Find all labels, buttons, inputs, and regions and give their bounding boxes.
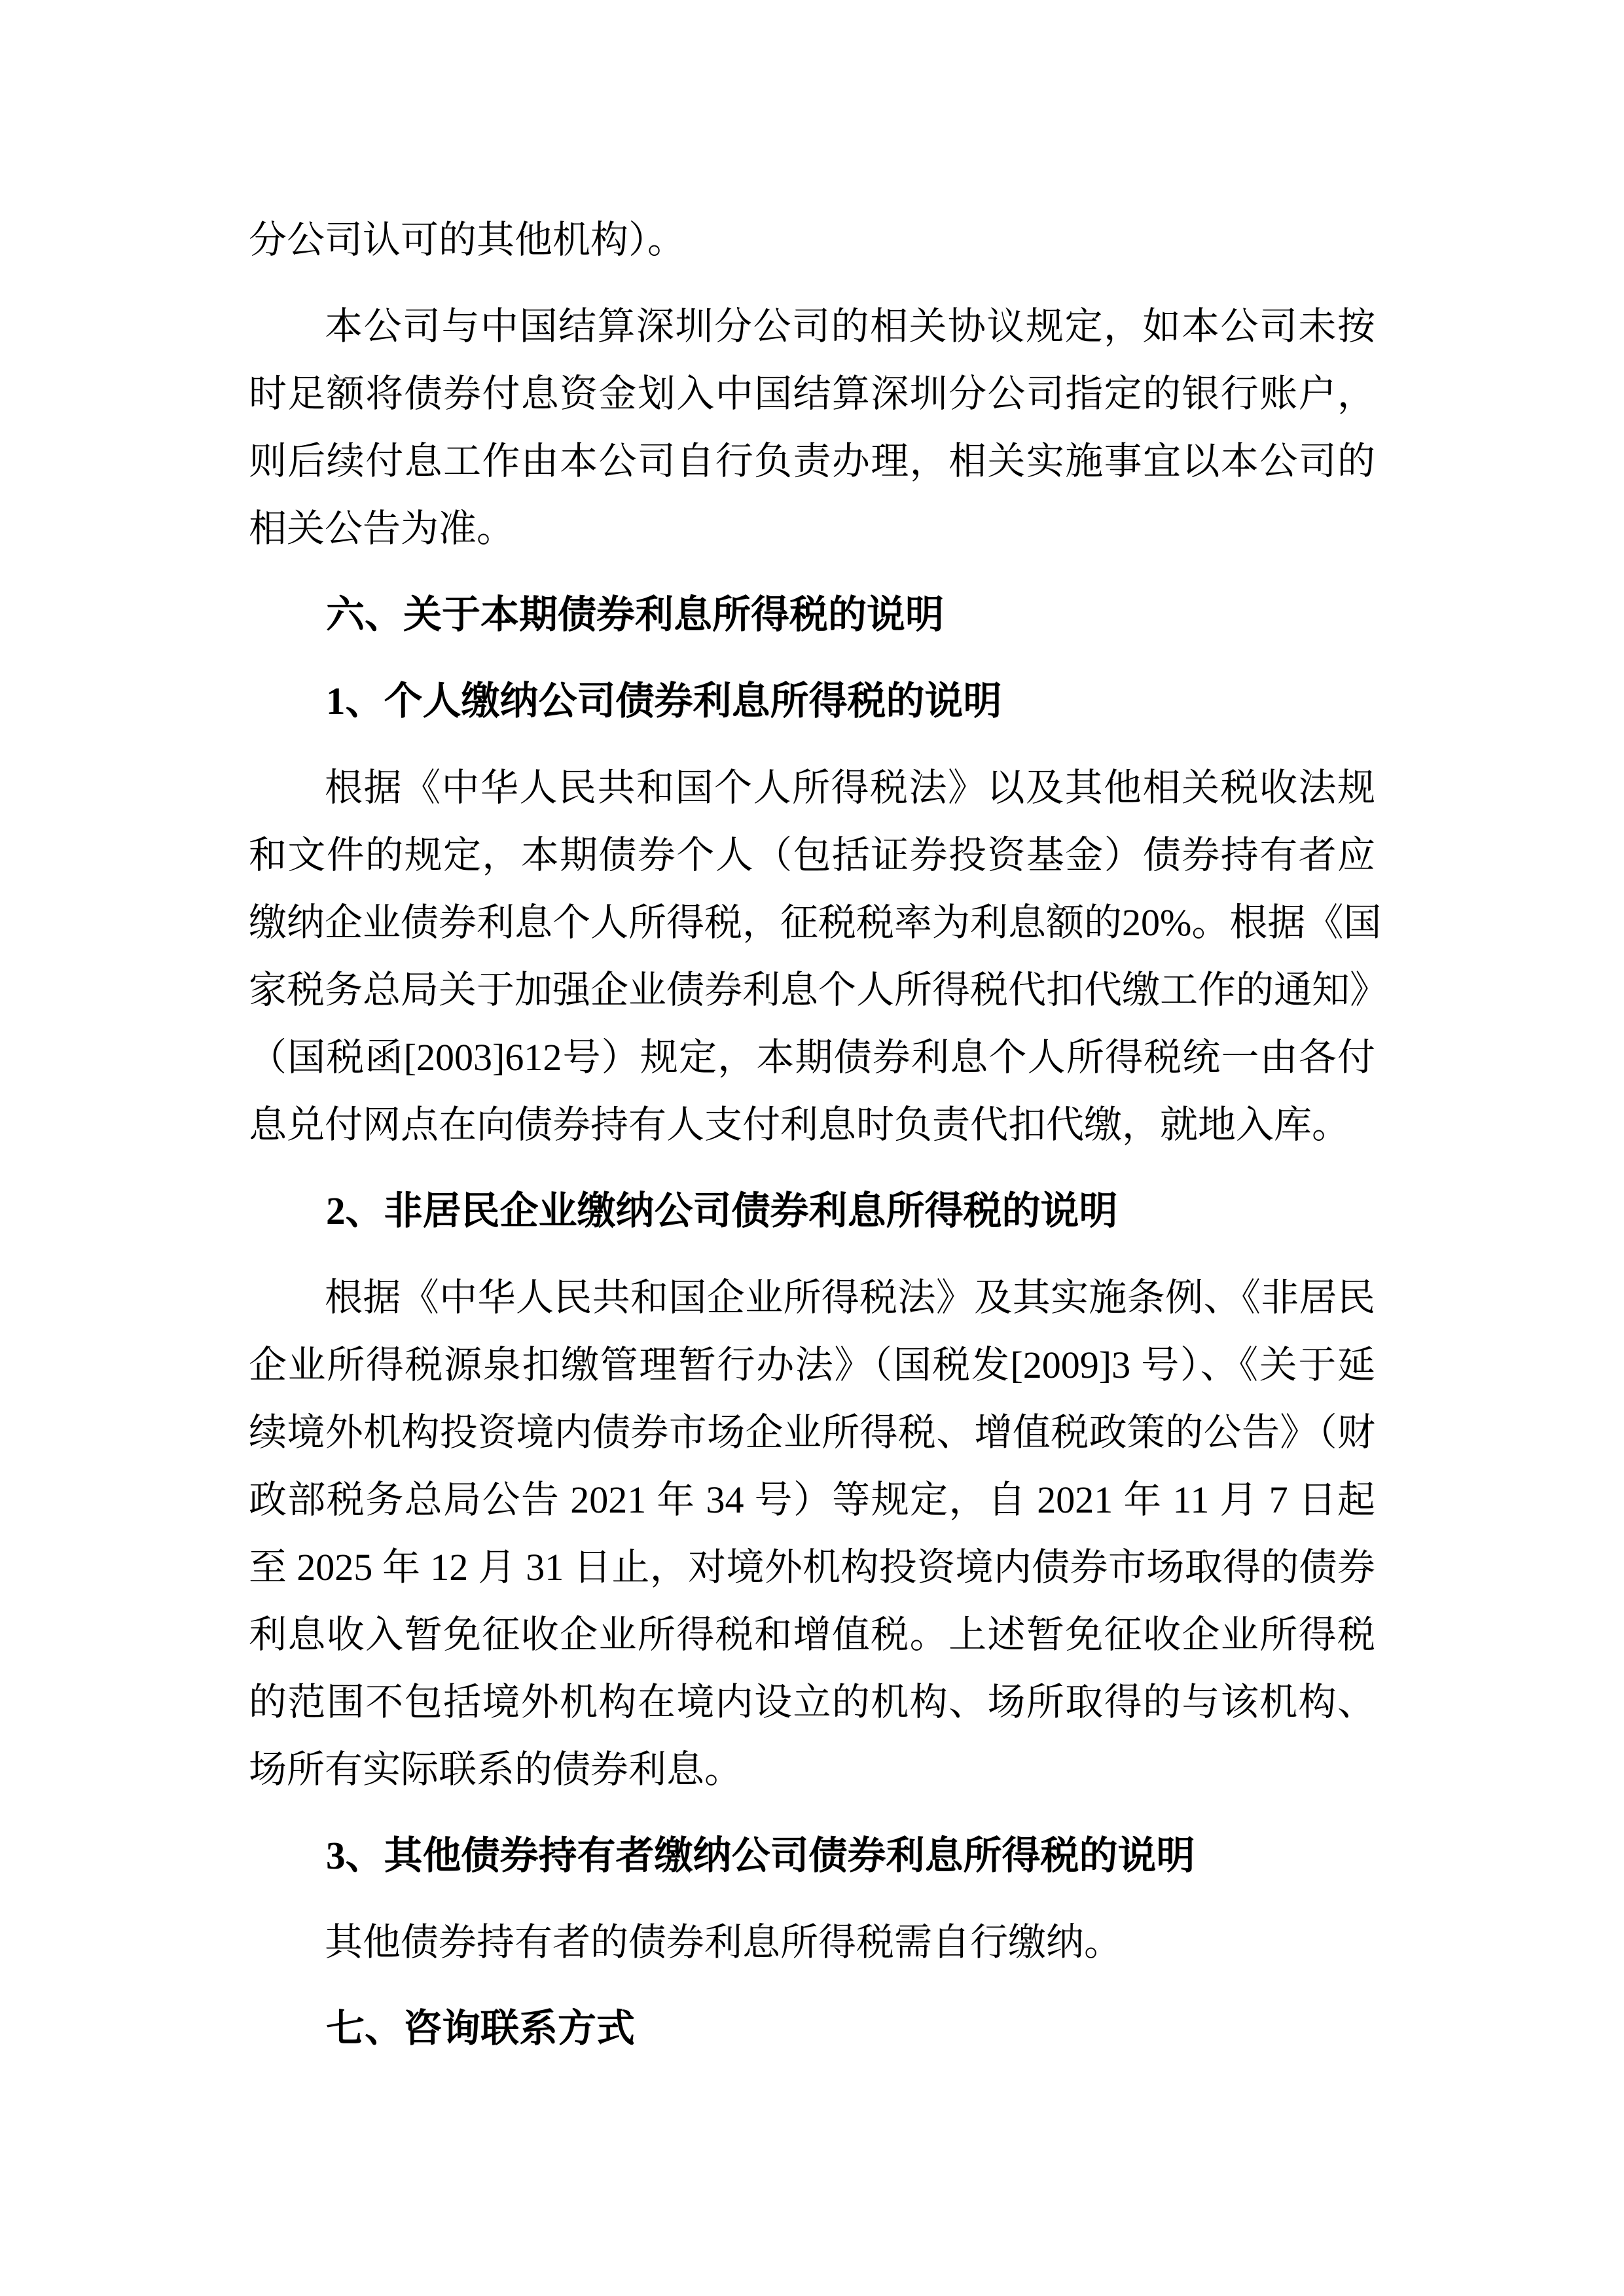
text-line: 利息收入暂免征收企业所得税和增值税。上述暂免征收企业所得税 xyxy=(249,1601,1375,1668)
text-line: 续境外机构投资境内债券市场企业所得税、增值税政策的公告》（财 xyxy=(249,1399,1375,1466)
paragraph-nonresident-enterprise-tax: 根据《中华人民共和国企业所得税法》及其实施条例、《非居民 企业所得税源泉扣缴管理… xyxy=(249,1264,1375,1803)
text-line: 缴纳企业债券利息个人所得税，征税税率为利息额的20%。根据《国 xyxy=(249,889,1375,956)
text-line: 场所有实际联系的债券利息。 xyxy=(249,1736,1375,1803)
section-heading-7-contact: 七、咨询联系方式 xyxy=(249,1995,1375,2062)
subheading-3-other-holders-tax: 3、其他债券持有者缴纳公司债券利息所得税的说明 xyxy=(249,1822,1375,1890)
text-line: 和文件的规定，本期债券个人（包括证券投资基金）债券持有者应 xyxy=(249,821,1375,889)
section-heading-6-interest-tax: 六、关于本期债券利息所得税的说明 xyxy=(249,581,1375,649)
text-line: 根据《中华人民共和国企业所得税法》及其实施条例、《非居民 xyxy=(249,1264,1375,1331)
subheading-1-individual-tax: 1、个人缴纳公司债券利息所得税的说明 xyxy=(249,668,1375,735)
document-page: 分公司认可的其他机构）。 本公司与中国结算深圳分公司的相关协议规定，如本公司未按… xyxy=(0,0,1624,2296)
text-line: 本公司与中国结算深圳分公司的相关协议规定，如本公司未按 xyxy=(249,293,1375,360)
text-line: 相关公告为准。 xyxy=(249,495,1375,562)
text-line: 时足额将债券付息资金划入中国结算深圳分公司指定的银行账户， xyxy=(249,360,1375,427)
text-line: 息兑付网点在向债券持有人支付利息时负责代扣代缴，就地入库。 xyxy=(249,1091,1375,1158)
text-line: 家税务总局关于加强企业债券利息个人所得税代扣代缴工作的通知》 xyxy=(249,956,1375,1024)
text-line: 根据《中华人民共和国个人所得税法》以及其他相关税收法规 xyxy=(249,754,1375,821)
text-line: 至 2025 年 12 月 31 日止，对境外机构投资境内债券市场取得的债券 xyxy=(249,1534,1375,1601)
text-line: 企业所得税源泉扣缴管理暂行办法》（国税发[2009]3 号）、《关于延 xyxy=(249,1331,1375,1399)
document-content: 分公司认可的其他机构）。 本公司与中国结算深圳分公司的相关协议规定，如本公司未按… xyxy=(249,206,1375,2062)
text-line: 政部税务总局公告 2021 年 34 号）等规定，自 2021 年 11 月 7… xyxy=(249,1466,1375,1534)
text-line: 分公司认可的其他机构）。 xyxy=(249,206,1375,274)
paragraph-individual-tax: 根据《中华人民共和国个人所得税法》以及其他相关税收法规 和文件的规定，本期债券个… xyxy=(249,754,1375,1158)
paragraph-payment-agreement: 本公司与中国结算深圳分公司的相关协议规定，如本公司未按 时足额将债券付息资金划入… xyxy=(249,293,1375,562)
text-line: （国税函[2003]612号）规定，本期债券利息个人所得税统一由各付 xyxy=(249,1024,1375,1091)
paragraph-continuation: 分公司认可的其他机构）。 xyxy=(249,206,1375,274)
paragraph-other-holders-tax: 其他债券持有者的债券利息所得税需自行缴纳。 xyxy=(249,1909,1375,1976)
text-line: 的范围不包括境外机构在境内设立的机构、场所取得的与该机构、 xyxy=(249,1668,1375,1736)
text-line: 则后续付息工作由本公司自行负责办理，相关实施事宜以本公司的 xyxy=(249,427,1375,495)
subheading-2-nonresident-enterprise-tax: 2、非居民企业缴纳公司债券利息所得税的说明 xyxy=(249,1177,1375,1245)
text-line: 其他债券持有者的债券利息所得税需自行缴纳。 xyxy=(249,1909,1375,1976)
